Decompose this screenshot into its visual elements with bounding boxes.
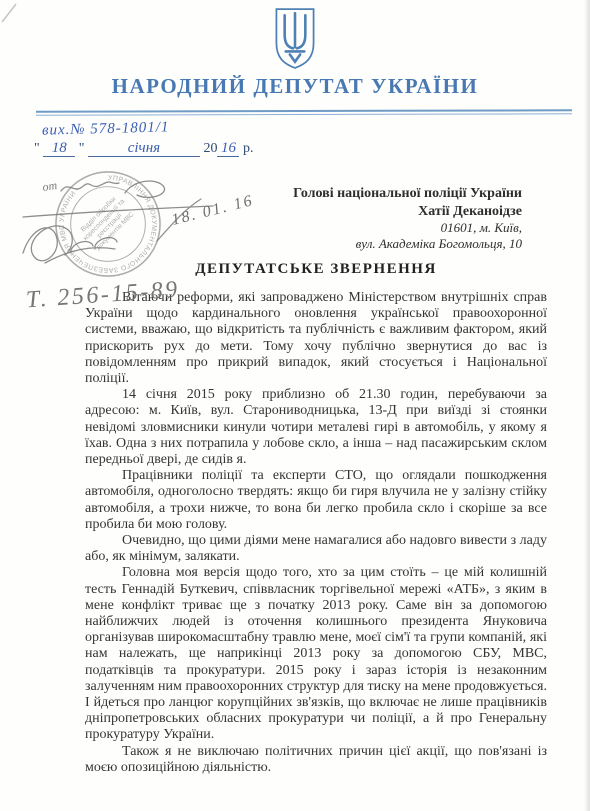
paragraph-3: Працівники поліції та експерти СТО, що о… xyxy=(85,468,547,533)
addressee-street: вул. Академіка Богомольця, 10 xyxy=(293,236,522,252)
stamp-inner-line-2: кореспонденції та xyxy=(81,197,126,242)
pen-cursive-squiggle xyxy=(61,182,119,191)
stamp-inner-line-4: документів МВС xyxy=(94,210,135,251)
outgoing-number-handwritten: вих.№ 578-1801/1 xyxy=(42,119,170,139)
date-year-handwritten: 16 xyxy=(221,140,236,156)
pen-diagonal-stroke xyxy=(157,199,201,241)
date-month-handwritten: січня xyxy=(128,140,160,156)
date-month-field: січня xyxy=(88,141,200,157)
addressee-name: Хатії Деканоідзе xyxy=(293,203,522,221)
pen-loop-large xyxy=(125,181,165,197)
pen-horizontal-stroke xyxy=(23,206,213,217)
date-day-handwritten: 18 xyxy=(52,140,67,156)
document-heading: ДЕПУТАТСЬКЕ ЗВЕРНЕННЯ xyxy=(85,261,547,278)
year-suffix-printed: р. xyxy=(243,141,254,156)
addressee-block: Голові національної поліції України Хаті… xyxy=(293,185,522,252)
addressee-postal: 01601, м. Київ, xyxy=(293,220,522,236)
paragraph-2: 14 січня 2015 року приблизно об 21.30 го… xyxy=(85,387,547,468)
stamp-ring-text: УПРАВЛІННЯ ДОКУМЕНТАЛЬНОГО ЗАБЕЗПЕЧЕННЯ … xyxy=(59,175,158,274)
scan-corner-artifact xyxy=(0,0,24,26)
stamp-inner-line-3: реєстрації xyxy=(95,211,123,239)
year-prefix-printed: 20 xyxy=(203,141,217,156)
date-year-field: 16 xyxy=(217,141,239,157)
ukraine-trident-emblem-icon xyxy=(272,6,318,70)
close-quote: " xyxy=(79,141,85,156)
addressee-position: Голові національної поліції України xyxy=(293,185,522,203)
paragraph-5: Головна моя версія щодо того, хто за цим… xyxy=(85,565,547,743)
svg-text:УПРАВЛІННЯ ДОКУМЕНТАЛЬНОГО ЗАБ: УПРАВЛІННЯ ДОКУМЕНТАЛЬНОГО ЗАБЕЗПЕЧЕННЯ … xyxy=(59,175,158,274)
stamp-inner-line-1: Відділ обробки xyxy=(79,195,118,234)
letterhead-title: НАРОДНИЙ ДЕПУТАТ УКРАЇНИ xyxy=(0,74,590,99)
paragraph-4: Очевидно, що цими діями мене намагалися … xyxy=(85,533,547,565)
date-day-field: 18 xyxy=(43,141,75,157)
document-body: ДЕПУТАТСЬКЕ ЗВЕРНЕННЯ Вітаючи реформи, я… xyxy=(85,261,547,776)
stamp-note-handwritten: от xyxy=(41,178,58,194)
signature-loops xyxy=(23,226,72,261)
open-quote: " xyxy=(34,141,40,156)
signature-loops-2 xyxy=(45,238,117,263)
scanned-letter-page: НАРОДНИЙ ДЕПУТАТ УКРАЇНИ вих.№ 578-1801/… xyxy=(0,0,590,811)
stamp-date-handwritten: 18. 01. 16 xyxy=(170,192,256,229)
date-line: " 18 " січня 2016 р. xyxy=(34,141,253,157)
letterhead-divider xyxy=(36,109,572,115)
paragraph-6: Також я не виключаю політичних причин ці… xyxy=(85,744,547,776)
